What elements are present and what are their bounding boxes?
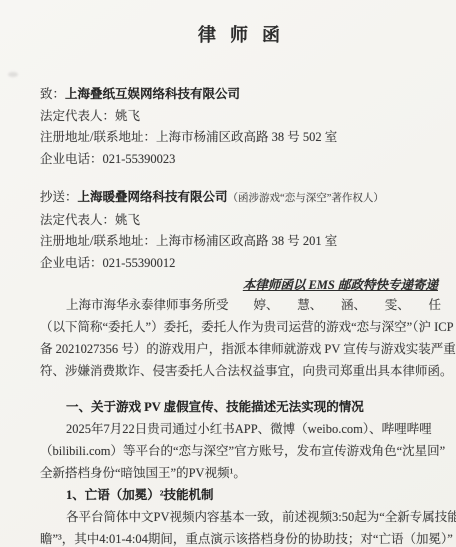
cc-address: 注册地址/联系地址：上海市杨浦区政高路 38 号 201 室	[40, 231, 438, 253]
section1-para1-line-2: （bilibili.com）等平台的“恋与深空”官方账号，发布宣传游戏角色“沈星…	[40, 440, 438, 462]
cc-phone: 企业电话：021-55390012	[40, 253, 438, 275]
intro-line-2: （以下简称“委托人”）委托，委托人作为贵司运营的游戏“恋与深空”（沪 ICP	[40, 316, 438, 338]
recipient-block: 致：上海叠纸互娱网络科技有限公司 法定代表人：姚飞 注册地址/联系地址：上海市杨…	[40, 84, 438, 170]
recipient-label: 致：	[40, 87, 65, 101]
cc-label: 抄送：	[40, 190, 78, 204]
section1-para1-line-1: 2025年7月22日贵司通过小红书APP、微博（weibo.com）、哔哩哔哩	[40, 418, 438, 440]
intro-line-3: 备 2021027356 号）的游戏用户，指派本律师就游戏 PV 宣传与游戏实装…	[40, 338, 438, 360]
intro-line-4: 符、涉嫌消费欺诈、侵害委托人合法权益事宜，向贵司郑重出具本律师函。	[40, 360, 438, 382]
section1-para2-line-1: 各平台简体中文PV视频内容基本一致，前述视频3:50起为“全新专属技能前	[40, 506, 438, 528]
section1-para2-line-2: 瞻”³，其中4:01-4:04期间，重点演示该搭档身份的协助技；对“亡语（加冕）…	[40, 528, 438, 547]
recipient-line: 致：上海叠纸互娱网络科技有限公司	[40, 84, 438, 106]
section1-paragraph-1: 2025年7月22日贵司通过小红书APP、微博（weibo.com）、哔哩哔哩 …	[40, 418, 438, 484]
cc-line: 抄送：上海暖叠网络科技有限公司（函涉游戏“恋与深空”著作权人）	[40, 187, 438, 210]
section1-sub-heading: 1、亡语（加冕）²技能机制	[40, 484, 438, 506]
intro-line-1: 上海市海华永泰律师事务所受 婷、 慧、 涵、 雯、 任	[40, 294, 438, 316]
delivery-method-note: 本律师函以 EMS 邮政特快专递寄递	[40, 276, 438, 294]
cc-company: 上海暖叠网络科技有限公司	[78, 190, 228, 204]
recipient-address: 注册地址/联系地址：上海市杨浦区政高路 38 号 502 室	[40, 127, 438, 149]
section1-para1-line-3: 全新搭档身份“暗蚀国王”的PV视频¹。	[40, 462, 438, 484]
recipient-legal-rep: 法定代表人：姚飞	[40, 106, 438, 128]
cc-legal-rep: 法定代表人：姚飞	[40, 210, 438, 232]
cc-company-note: （函涉游戏“恋与深空”著作权人）	[228, 193, 384, 204]
cc-block: 抄送：上海暖叠网络科技有限公司（函涉游戏“恋与深空”著作权人） 法定代表人：姚飞…	[40, 187, 438, 274]
section1-heading: 一、关于游戏 PV 虚假宣传、技能描述无法实现的情况	[40, 396, 438, 418]
recipient-phone: 企业电话：021-55390023	[40, 149, 438, 171]
recipient-company: 上海叠纸互娱网络科技有限公司	[65, 87, 240, 101]
lawyer-letter: 律师函 致：上海叠纸互娱网络科技有限公司 法定代表人：姚飞 注册地址/联系地址：…	[0, 0, 456, 547]
letter-title: 律师函	[40, 22, 438, 48]
section1-paragraph-2: 各平台简体中文PV视频内容基本一致，前述视频3:50起为“全新专属技能前 瞻”³…	[40, 506, 438, 547]
intro-paragraph: 上海市海华永泰律师事务所受 婷、 慧、 涵、 雯、 任 （以下简称“委托人”）委…	[40, 294, 438, 382]
